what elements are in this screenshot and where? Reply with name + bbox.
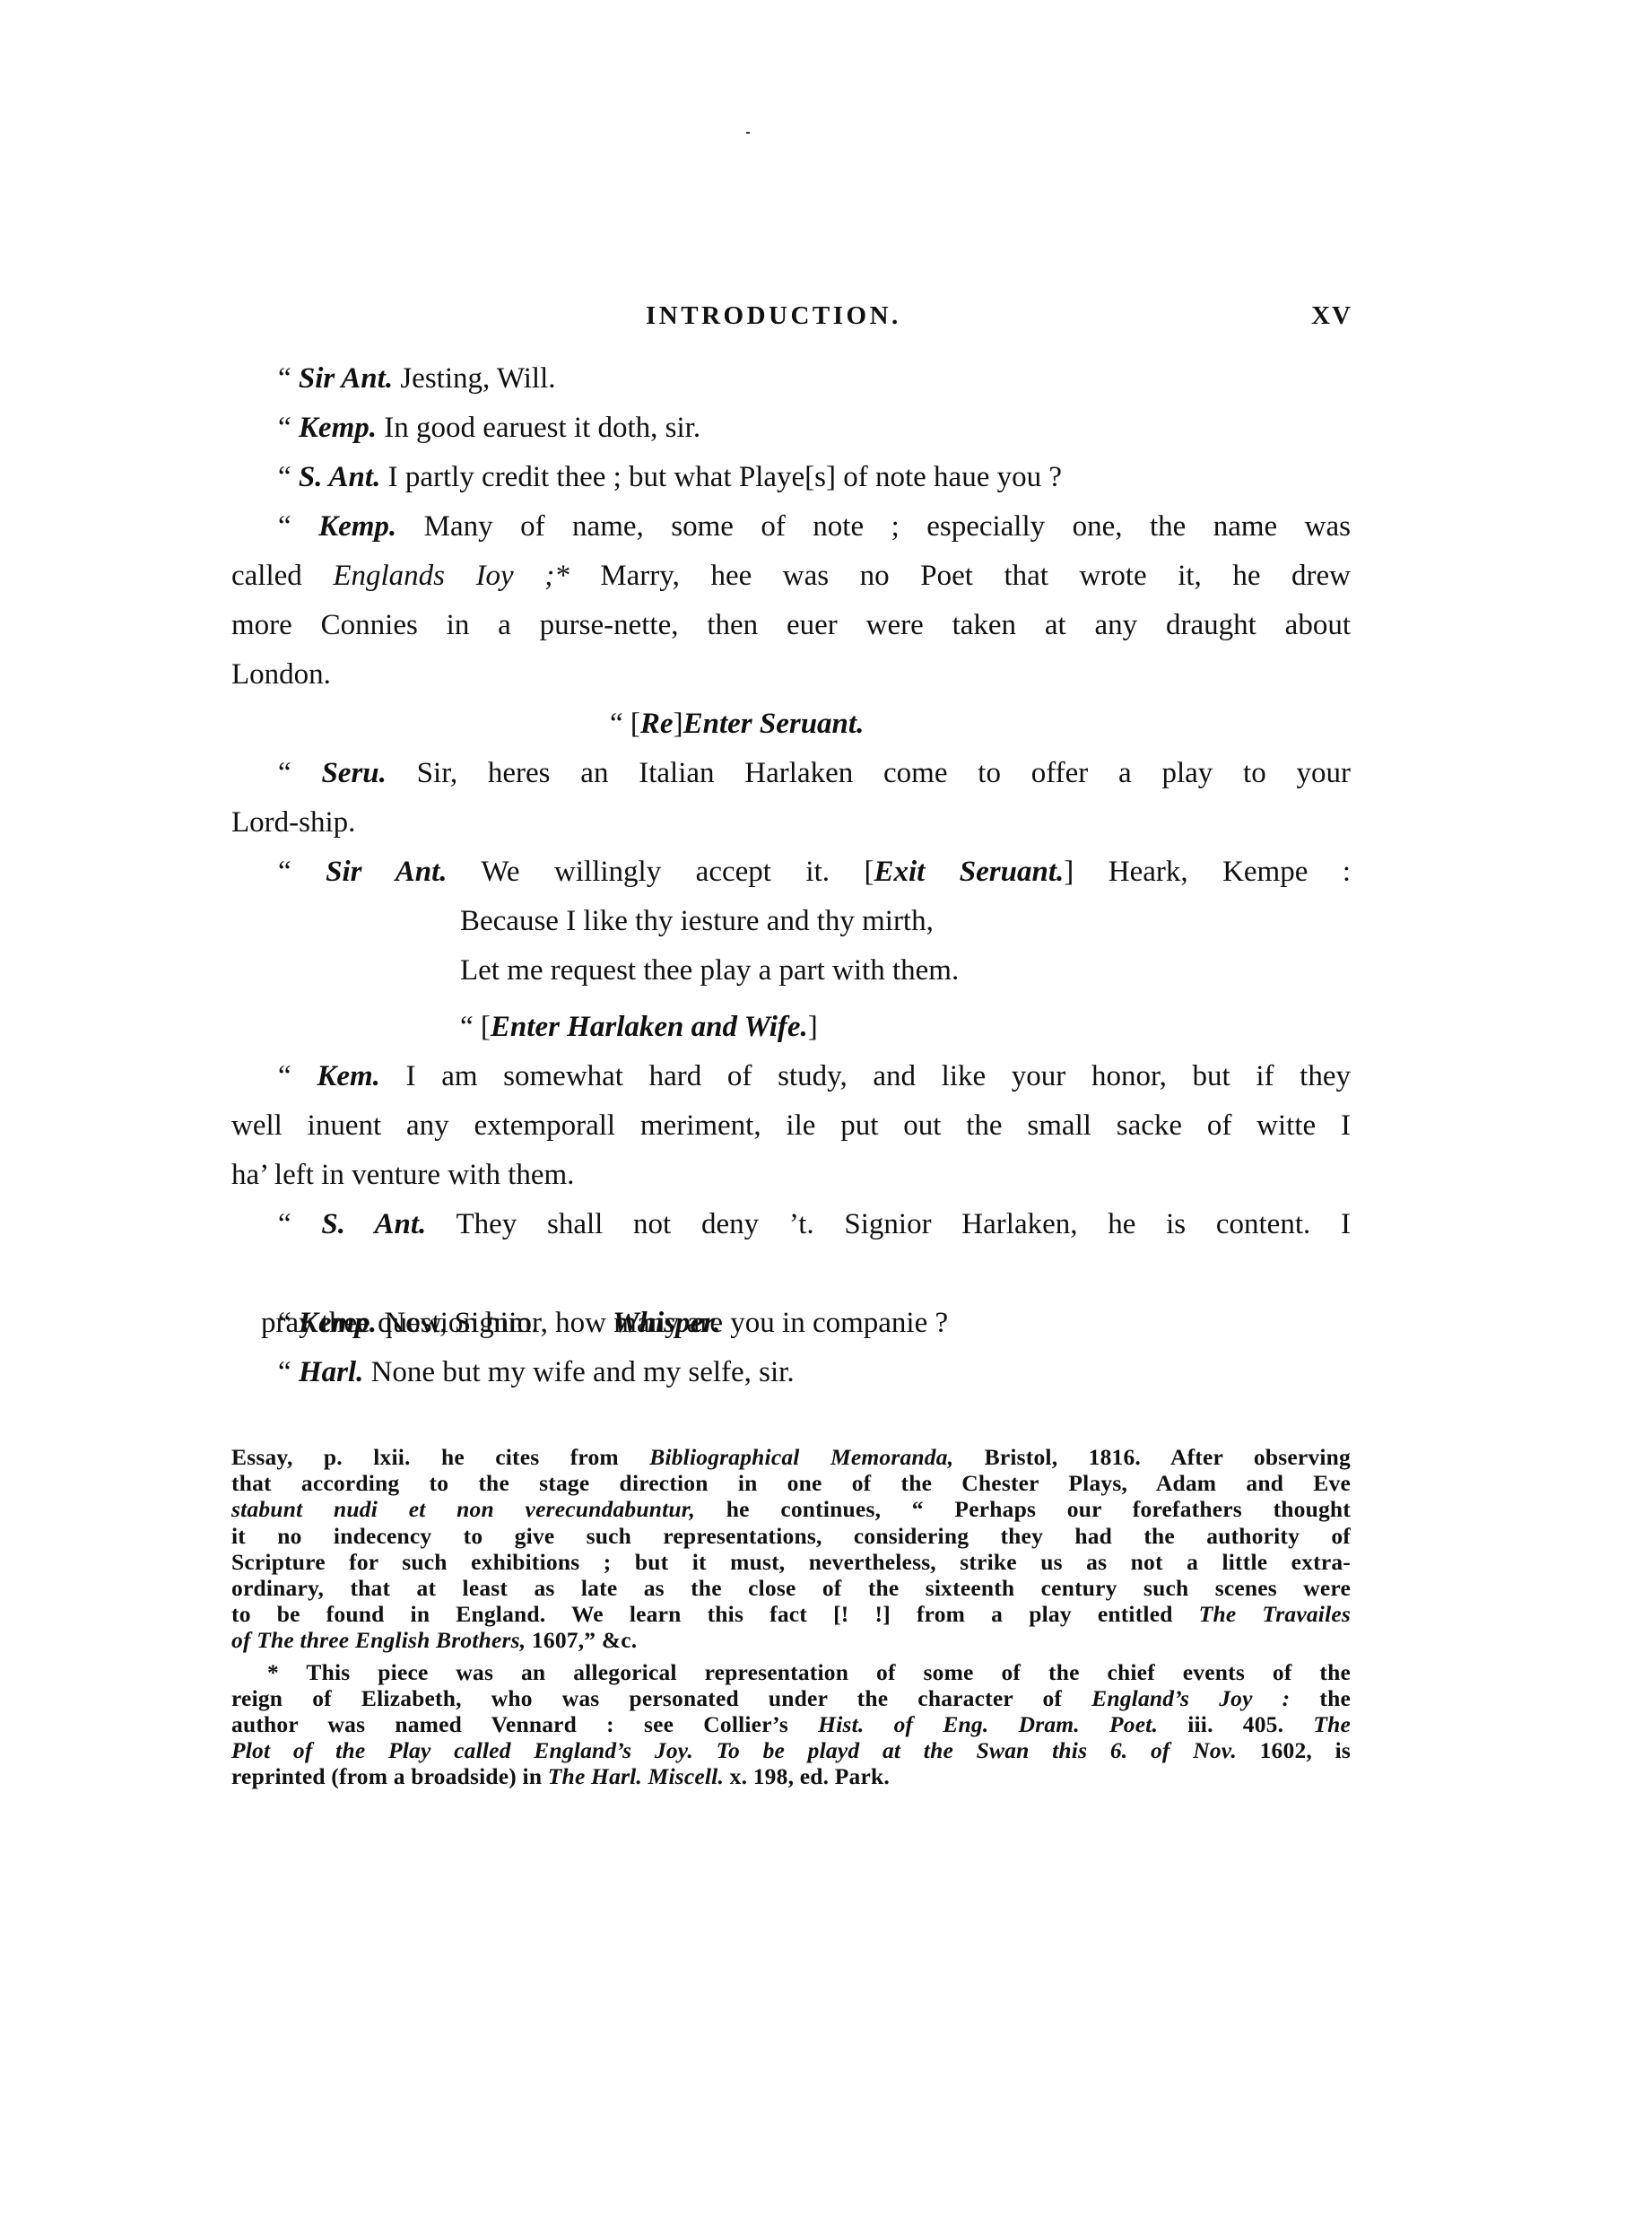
play-title: Englands Ioy ;* [333, 560, 569, 592]
open-quote: “ [460, 1011, 481, 1043]
bracket: ] [1064, 856, 1074, 888]
speaker-name: S. Ant. [299, 461, 380, 493]
dialogue-line: “ Harl. None but my wife and my selfe, s… [231, 1348, 1351, 1397]
footnote-star: * This piece was an allegorical represen… [231, 1659, 1351, 1790]
speaker-name: Kemp. [299, 412, 377, 444]
footnote-line: ordinary, that at least as late as the c… [231, 1575, 1351, 1601]
footnote-text: ordinary, that at least as late as the c… [231, 1575, 1351, 1601]
speaker-name: Harl. [299, 1356, 363, 1388]
bracket: [ [864, 856, 874, 888]
dialogue-line: pray thee question him. Whisper. [231, 1249, 1351, 1299]
dialogue-line: ha’ left in venture with them. [231, 1151, 1351, 1200]
bracket: ] [674, 708, 683, 740]
speech-text: Marry, hee was no Poet that wrote it, he… [570, 560, 1351, 592]
speech-text: ha’ left in venture with them. [231, 1159, 574, 1191]
dialogue-line: Lord-ship. [231, 798, 1351, 848]
open-quote: “ [278, 362, 299, 395]
stage-direction-text: Enter Harlaken and Wife. [491, 1011, 808, 1043]
verse-text: Let me request thee play a part with the… [460, 954, 959, 987]
footnote-text: the [1290, 1685, 1351, 1711]
dialogue-line: “ Kemp. In good earuest it doth, sir. [231, 404, 1351, 453]
speaker-name: Sir Ant. [326, 856, 447, 888]
dialogue-line: called Englands Ioy ;* Marry, hee was no… [231, 552, 1351, 601]
open-quote: “ [610, 708, 630, 740]
footnote-line: reign of Elizabeth, who was personated u… [231, 1685, 1351, 1711]
footnote-text: that according to the stage direction in… [231, 1470, 1351, 1496]
footnote-text: reign of Elizabeth, who was personated u… [231, 1685, 1091, 1711]
verse-text: Because I like thy iesture and thy mirth… [460, 905, 934, 937]
dialogue-line: well inuent any extemporall meriment, il… [231, 1101, 1351, 1151]
open-quote: “ [278, 856, 326, 888]
footnote-text: iii. 405. [1158, 1711, 1313, 1737]
footnote-text: to be found in England. We learn this fa… [231, 1601, 1199, 1627]
footnote-text: it no indecency to give such representat… [231, 1523, 1351, 1549]
speech-text: None but my wife and my selfe, sir. [363, 1356, 794, 1388]
footnote-text: Bristol, 1816. After observing [953, 1444, 1351, 1470]
footnote-text: 1602, is [1237, 1737, 1351, 1763]
footnote-text: 1607,” &c. [526, 1627, 637, 1653]
speech-text: London. [231, 658, 331, 691]
dialogue-line: “ Kemp. Now, Signior, how many are you i… [231, 1299, 1351, 1348]
speech-text: more Connies in a purse-nette, then euer… [231, 609, 1351, 641]
speech-text: I partly credit thee ; but what Playe[s]… [380, 461, 1062, 493]
footnote-text: reprinted (from a broadside) in [231, 1763, 548, 1789]
footnote-line: to be found in England. We learn this fa… [231, 1601, 1351, 1627]
cited-title: The Travailes [1199, 1601, 1351, 1627]
running-title: INTRODUCTION. [646, 298, 901, 334]
footnote-line: * This piece was an allegorical represen… [231, 1659, 1351, 1685]
stage-direction-text: Exit Seruant. [874, 856, 1064, 888]
play-excerpt: “ Sir Ant. Jesting, Will. “ Kemp. In goo… [231, 354, 1351, 1397]
print-speck [746, 132, 750, 134]
open-quote: “ [278, 1356, 299, 1388]
cited-title: of The three English Brothers, [231, 1627, 526, 1653]
dialogue-line: “ S. Ant. They shall not deny ’t. Signio… [231, 1200, 1351, 1249]
open-quote: “ [278, 510, 318, 543]
footnote-line: Scripture for such exhibitions ; but it … [231, 1549, 1351, 1575]
bracket: ] [808, 1011, 818, 1043]
speech-text: called [231, 560, 333, 592]
cited-title: Bibliographical Memoranda, [649, 1444, 953, 1470]
speech-text: In good earuest it doth, sir. [377, 412, 700, 444]
footnote-line: Essay, p. lxii. he cites from Bibliograp… [231, 1444, 1351, 1470]
speech-text: Jesting, Will. [393, 362, 555, 395]
cited-title: Hist. of Eng. Dram. Poet. [818, 1711, 1158, 1737]
stage-direction-text: Enter Seruant. [683, 708, 865, 740]
dialogue-line: “ Kem. I am somewhat hard of study, and … [231, 1052, 1351, 1101]
speaker-name: Kemp. [299, 1307, 377, 1339]
stage-direction: “ [Enter Harlaken and Wife.] [231, 1003, 1351, 1052]
footnote-line: that according to the stage direction in… [231, 1470, 1351, 1496]
open-quote: “ [278, 1060, 317, 1092]
stage-direction-text: Re [640, 708, 674, 740]
dialogue-line: “ S. Ant. I partly credit thee ; but wha… [231, 453, 1351, 502]
speech-text: Sir, heres an Italian Harlaken come to o… [387, 757, 1351, 789]
bracket: [ [481, 1011, 491, 1043]
open-quote: “ [278, 1307, 299, 1339]
speech-text: Many of name, some of note ; especially … [396, 510, 1351, 543]
dialogue-line: “ Seru. Sir, heres an Italian Harlaken c… [231, 749, 1351, 798]
speaker-name: Seru. [321, 757, 386, 789]
speaker-name: Kem. [317, 1060, 380, 1092]
speaker-name: S. Ant. [321, 1208, 426, 1240]
speech-text: Now, Signior, how many are you in compan… [377, 1307, 948, 1339]
footnote-continued: Essay, p. lxii. he cites from Bibliograp… [231, 1444, 1351, 1654]
speech-text: We willingly accept it. [448, 856, 865, 888]
speech-text: well inuent any extemporall meriment, il… [231, 1109, 1351, 1142]
footnotes: Essay, p. lxii. he cites from Bibliograp… [231, 1444, 1351, 1789]
footnote-text: Scripture for such exhibitions ; but it … [231, 1549, 1351, 1575]
cited-title: The [1313, 1711, 1351, 1737]
speech-text: Lord-ship. [231, 806, 355, 839]
page-number: XV [1311, 298, 1352, 334]
open-quote: “ [278, 461, 299, 493]
footnote-line: author was named Vennard : see Collier’s… [231, 1711, 1351, 1737]
footnote-line: reprinted (from a broadside) in The Harl… [231, 1763, 1351, 1789]
footnote-line: Plot of the Play called England’s Joy. T… [231, 1737, 1351, 1763]
bracket: [ [630, 708, 640, 740]
open-quote: “ [278, 412, 299, 444]
dialogue-line: “ Sir Ant. Jesting, Will. [231, 354, 1351, 404]
open-quote: “ [278, 1208, 321, 1240]
footnote-line: stabunt nudi et non verecundabuntur, he … [231, 1496, 1351, 1522]
footnote-text: * This piece was an allegorical represen… [267, 1659, 1351, 1685]
footnote-text: x. 198, ed. Park. [724, 1763, 890, 1789]
footnote-line: of The three English Brothers, 1607,” &c… [231, 1627, 1351, 1653]
footnote-text: he continues, “ Perhaps our forefathers … [695, 1496, 1351, 1522]
dialogue-line: “ Kemp. Many of name, some of note ; esp… [231, 502, 1351, 552]
cited-title: Plot of the Play called England’s Joy. T… [231, 1737, 1237, 1763]
dialogue-line: “ Sir Ant. We willingly accept it. [Exit… [231, 848, 1351, 897]
open-quote: “ [278, 757, 321, 789]
running-head: INTRODUCTION. XV [231, 298, 1352, 334]
footnote-text: author was named Vennard : see Collier’s [231, 1711, 818, 1737]
latin-quote: stabunt nudi et non verecundabuntur, [231, 1496, 695, 1522]
speaker-name: Kemp. [318, 510, 396, 543]
dialogue-line: more Connies in a purse-nette, then euer… [231, 601, 1351, 650]
speaker-name: Sir Ant. [299, 362, 393, 395]
footnote-line: it no indecency to give such representat… [231, 1523, 1351, 1549]
cited-title: The Harl. Miscell. [548, 1763, 724, 1789]
dialogue-line: London. [231, 650, 1351, 700]
speech-text: Heark, Kempe : [1074, 856, 1351, 888]
verse-line: Because I like thy iesture and thy mirth… [231, 897, 1351, 946]
speech-text: I am somewhat hard of study, and like yo… [380, 1060, 1351, 1092]
footnote-text: Essay, p. lxii. he cites from [231, 1444, 649, 1470]
verse-line: Let me request thee play a part with the… [231, 946, 1351, 996]
cited-title: England’s Joy : [1091, 1685, 1290, 1711]
stage-direction: “ [Re]Enter Seruant. [231, 700, 1351, 749]
speech-text: They shall not deny ’t. Signior Harlaken… [426, 1208, 1351, 1240]
